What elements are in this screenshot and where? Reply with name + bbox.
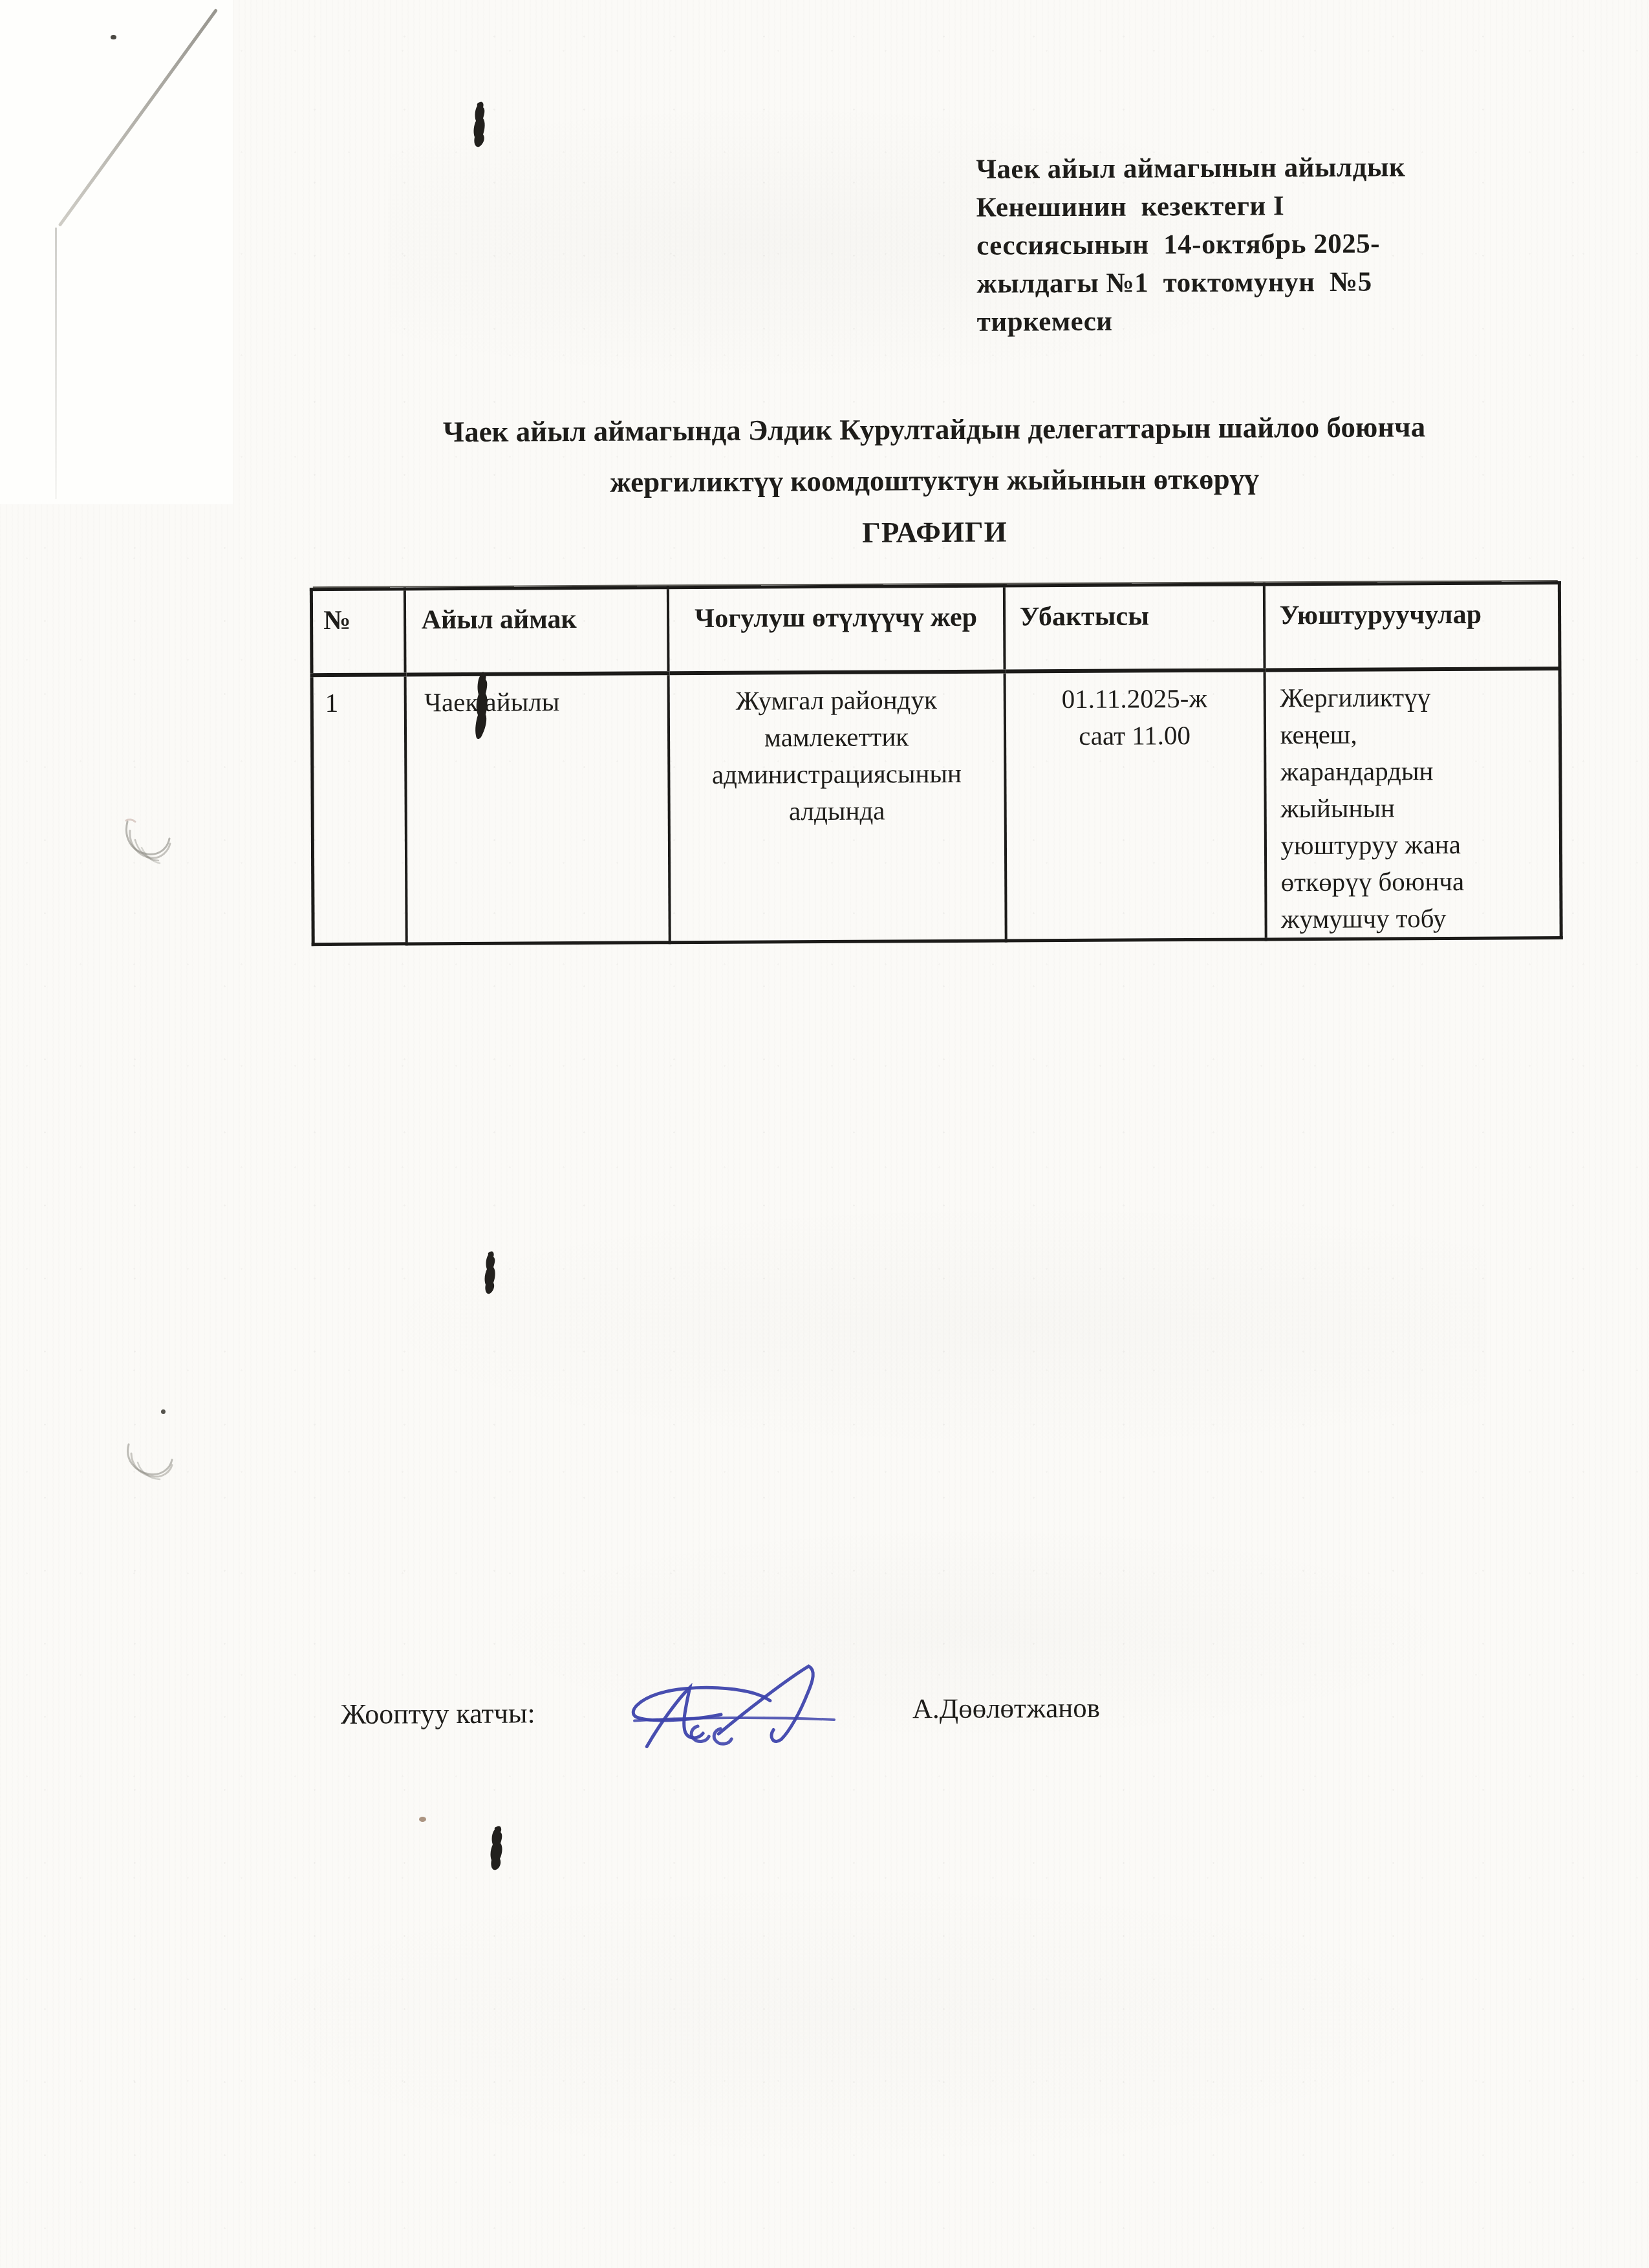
reference-line: жылдагы №1 токтомунун №5 bbox=[976, 262, 1513, 303]
document-title: Чаек айыл аймагында Элдик Курултайдын де… bbox=[268, 401, 1600, 510]
title-line: жергиликтүү коомдоштуктун жыйынын өткөрү… bbox=[268, 452, 1600, 510]
cell-line: алдында bbox=[670, 791, 1004, 830]
scanner-smudge-curl bbox=[118, 811, 177, 871]
cell-line: өткөрүү боюнча bbox=[1281, 862, 1560, 901]
cell-line: Жумгал райондук bbox=[669, 681, 1003, 720]
schedule-table: № Айыл аймак Чогулуш өтүлүүчү жер Убакты… bbox=[310, 581, 1563, 946]
reference-line: тиркемеси bbox=[977, 300, 1514, 341]
column-header-number: № bbox=[311, 589, 405, 675]
cell-line: кеңеш, bbox=[1280, 715, 1558, 753]
cell-settlement: Чаек айылы bbox=[405, 673, 669, 944]
cell-line: саат 11.00 bbox=[1006, 716, 1263, 754]
reference-line: Кенешинин кезектеги I bbox=[976, 186, 1513, 226]
cell-line: жумушчу тобу bbox=[1281, 899, 1560, 937]
scanned-document-page: Чаек айыл аймагынын айылдык Кенешинин ке… bbox=[0, 0, 1649, 2268]
handwritten-signature bbox=[616, 1660, 850, 1765]
cell-meeting-place: Жумгал райондук мамлекеттик администраци… bbox=[668, 671, 1006, 942]
cell-time: 01.11.2025-ж саат 11.00 bbox=[1004, 670, 1266, 941]
reference-line: Чаек айыл аймагынын айылдык bbox=[976, 147, 1513, 188]
cell-line: 01.11.2025-ж bbox=[1006, 679, 1263, 718]
column-header-place: Чогулуш өтүлүүчү жер bbox=[667, 586, 1004, 673]
cell-organizers: Жергиликтүү кеңеш, жарандардын жыйынын у… bbox=[1264, 669, 1561, 939]
ink-blot bbox=[480, 1250, 500, 1296]
title-line: Чаек айыл аймагында Элдик Курултайдын де… bbox=[268, 401, 1600, 459]
column-header-organizers: Уюштуруучулар bbox=[1264, 583, 1560, 670]
column-header-settlement: Айыл аймак bbox=[404, 588, 668, 674]
column-header-time: Убактысы bbox=[1004, 584, 1264, 671]
table-header-row: № Айыл аймак Чогулуш өтүлүүчү жер Убакты… bbox=[311, 583, 1560, 675]
ink-blot bbox=[469, 100, 491, 149]
document-content: Чаек айыл аймагынын айылдык Кенешинин ке… bbox=[0, 0, 1649, 2268]
scanner-smudge-curl bbox=[120, 1437, 178, 1488]
document-reference-block: Чаек айыл аймагынын айылдык Кенешинин ке… bbox=[976, 147, 1514, 341]
cell-line: мамлекеттик bbox=[669, 718, 1003, 756]
cell-line: уюштуруу жана bbox=[1280, 826, 1559, 864]
ink-blot bbox=[470, 671, 493, 744]
table-row: 1 Чаек айылы Жумгал райондук мамлекеттик… bbox=[312, 669, 1561, 945]
secretary-name: А.Дөөлөтжанов bbox=[912, 1693, 1100, 1726]
cell-row-number: 1 bbox=[312, 674, 406, 944]
column-header-place-text: Чогулуш өтүлүүчү жер bbox=[695, 599, 977, 637]
schedule-heading: ГРАФИГИ bbox=[268, 512, 1600, 553]
cell-line: жыйынын bbox=[1280, 789, 1559, 827]
responsible-secretary-label: Жооптуу катчы: bbox=[341, 1696, 535, 1731]
reference-line: сессиясынын 14-октябрь 2025- bbox=[976, 224, 1513, 264]
cell-line: администрациясынын bbox=[670, 754, 1004, 793]
cell-line: Жергиликтүү bbox=[1280, 678, 1558, 716]
ink-blot bbox=[486, 1824, 508, 1872]
cell-line: жарандардын bbox=[1280, 752, 1559, 790]
